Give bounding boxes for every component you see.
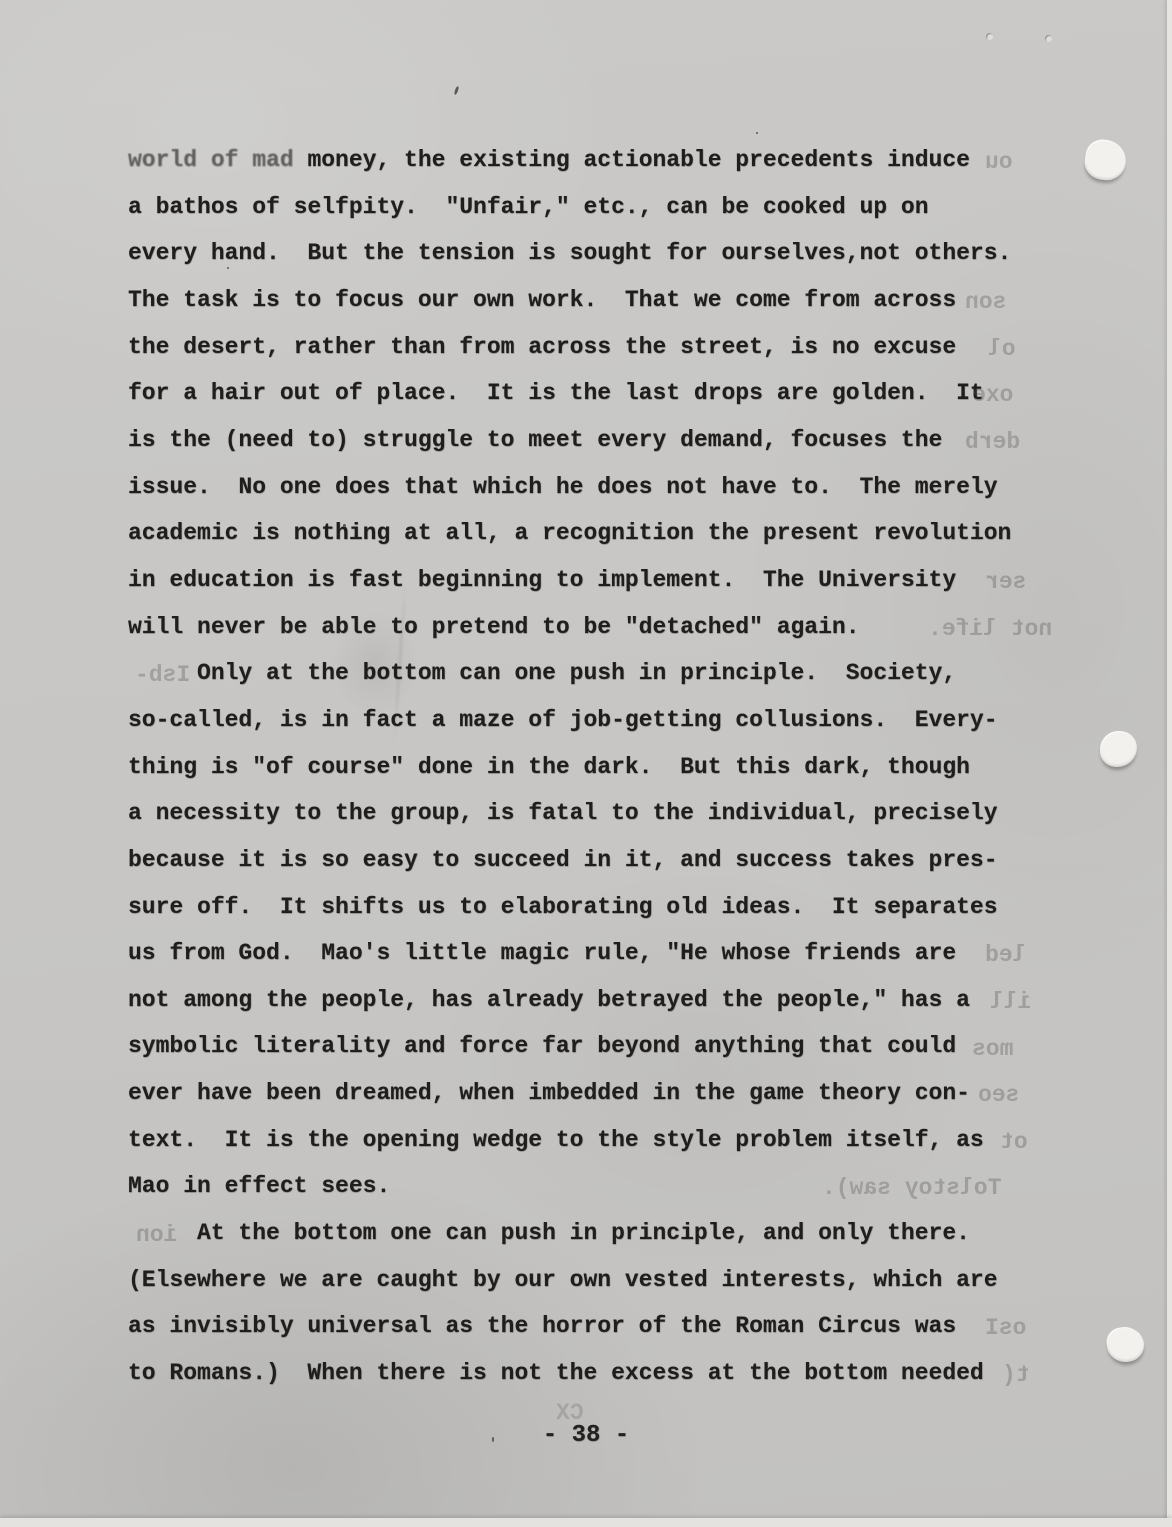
paper-speck bbox=[454, 86, 460, 95]
ghost-text: led bbox=[985, 942, 1026, 970]
page-number: - 38 - bbox=[0, 1413, 1172, 1459]
ghost-text: derb bbox=[965, 429, 1020, 457]
paper-speck bbox=[343, 524, 346, 527]
paper-speck bbox=[756, 132, 758, 134]
ghost-text: ser bbox=[985, 569, 1026, 597]
text-line: Only at the bottom can one push in princ… bbox=[128, 650, 1048, 697]
text-line: as invisibly universal as the horror of … bbox=[128, 1303, 1048, 1350]
text-line: academic is nothing at all, a recognitio… bbox=[128, 510, 1048, 557]
ghost-text: oxe bbox=[972, 382, 1013, 410]
text-line: in education is fast beginning to implem… bbox=[128, 557, 1048, 604]
text-line: The task is to focus our own work. That … bbox=[128, 277, 1048, 324]
punch-hole bbox=[1105, 1325, 1145, 1364]
text-line: sure off. It shifts us to elaborating ol… bbox=[128, 884, 1048, 931]
text-line: to Romans.) When there is not the excess… bbox=[128, 1350, 1048, 1397]
ghost-text: mos bbox=[972, 1036, 1013, 1064]
paper-chip bbox=[1045, 35, 1052, 42]
text-line: a bathos of selfpity. "Unfair," etc., ca… bbox=[128, 184, 1048, 231]
text-line: text. It is the opening wedge to the sty… bbox=[128, 1117, 1048, 1164]
paper-speck bbox=[227, 267, 229, 269]
ghost-text: seo bbox=[978, 1082, 1019, 1110]
ghost-text: ou bbox=[985, 149, 1013, 177]
ghost-text: ol bbox=[988, 336, 1016, 364]
ghost-text: CX bbox=[556, 1400, 584, 1428]
manuscript-page: world of mad money, the existing actiona… bbox=[0, 0, 1172, 1527]
text-line: not among the people, has already betray… bbox=[128, 977, 1048, 1024]
paper-smudge bbox=[330, 610, 420, 720]
punch-hole bbox=[1082, 137, 1128, 182]
text-line-rest: money, the existing actionable precedent… bbox=[307, 147, 970, 173]
text-line-faded-start: world of mad bbox=[128, 147, 307, 173]
text-line: (Elsewhere we are caught by our own vest… bbox=[128, 1257, 1048, 1304]
paper-speck bbox=[492, 1437, 494, 1442]
text-line: issue. No one does that which he does no… bbox=[128, 464, 1048, 511]
text-line: the desert, rather than from across the … bbox=[128, 324, 1048, 371]
text-line: is the (need to) struggle to meet every … bbox=[128, 417, 1048, 464]
ghost-text: Isb- bbox=[135, 662, 190, 690]
ghost-text: ot bbox=[1000, 1129, 1028, 1157]
typewritten-text-block: world of mad money, the existing actiona… bbox=[128, 137, 1048, 1397]
ghost-text: t( bbox=[1002, 1362, 1030, 1390]
punch-hole bbox=[1100, 731, 1137, 767]
ghost-text: not life. bbox=[928, 616, 1052, 644]
ghost-text: Tolstoy saw). bbox=[822, 1175, 1001, 1203]
text-line: every hand. But the tension is sought fo… bbox=[128, 230, 1048, 277]
text-line: because it is so easy to succeed in it, … bbox=[128, 837, 1048, 884]
text-line: a necessity to the group, is fatal to th… bbox=[128, 790, 1048, 837]
text-line: thing is "of course" done in the dark. B… bbox=[128, 744, 1048, 791]
ghost-text: son bbox=[965, 289, 1006, 317]
paper-edge-bottom bbox=[0, 1518, 1172, 1527]
ghost-text: ill bbox=[990, 989, 1031, 1017]
text-line: for a hair out of place. It is the last … bbox=[128, 370, 1048, 417]
paper-edge-right bbox=[1167, 0, 1172, 1527]
text-line: ever have been dreamed, when imbedded in… bbox=[128, 1070, 1048, 1117]
ghost-text: osI bbox=[985, 1315, 1026, 1343]
paper-chip bbox=[986, 33, 993, 40]
ghost-text: ion bbox=[136, 1222, 177, 1250]
text-line: will never be able to pretend to be "det… bbox=[128, 604, 1048, 651]
text-line: us from God. Mao's little magic rule, "H… bbox=[128, 930, 1048, 977]
text-line: symbolic literality and force far beyond… bbox=[128, 1023, 1048, 1070]
text-line: At the bottom one can push in principle,… bbox=[128, 1210, 1048, 1257]
text-line: world of mad money, the existing actiona… bbox=[128, 137, 1048, 184]
text-line: so-called, is in fact a maze of job-gett… bbox=[128, 697, 1048, 744]
